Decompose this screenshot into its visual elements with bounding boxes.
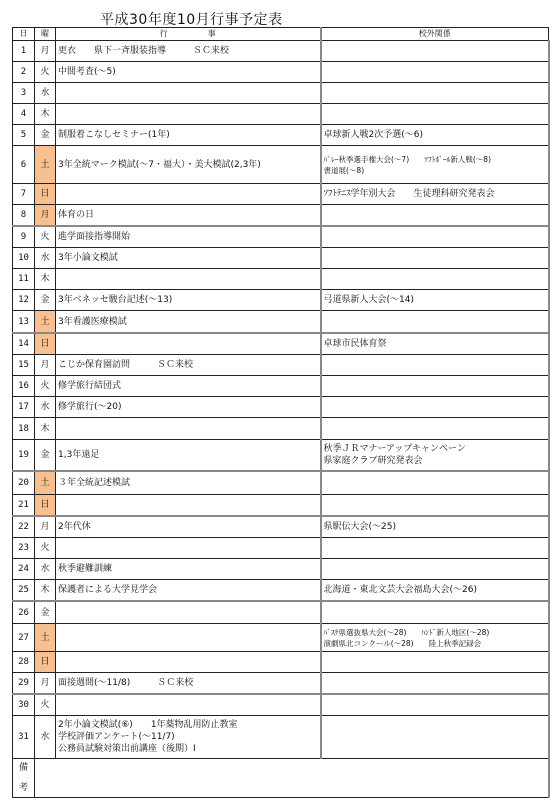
weekday-cell: 月 [35, 41, 56, 62]
day-cell: 28 [13, 652, 35, 673]
table-row: 1月更衣 県下一斉服装指導 ＳＣ来校 [13, 41, 549, 62]
notes-label: 備 考 [13, 759, 35, 798]
events-cell[interactable]: 制服着こなしセミナー(1年) [56, 125, 321, 146]
table-row: 3水 [13, 83, 549, 104]
events-cell[interactable]: 2年小論文模試(⑥) 1年薬物乱用防止教室 学校評価アンケート(～11/7) 公… [56, 716, 321, 759]
external-cell[interactable]: 北海道・東北文芸大会福島大会(～26) [321, 580, 549, 602]
table-row: 25木保護者による大学見学会北海道・東北文芸大会福島大会(～26) [13, 580, 549, 602]
weekday-cell: 火 [35, 694, 56, 716]
table-row: 4木 [13, 104, 549, 125]
day-cell: 12 [13, 290, 35, 311]
external-cell[interactable] [321, 495, 549, 517]
external-cell[interactable]: 秋季ＪＲマナーアップキャンペーン 県家庭クラブ研究発表会 [321, 440, 549, 472]
weekday-cell: 水 [35, 716, 56, 759]
day-cell: 16 [13, 376, 35, 397]
schedule-body: 1月更衣 県下一斉服装指導 ＳＣ来校2火中間考査(～5)3水4木5金制服着こなし… [13, 41, 549, 759]
day-cell: 3 [13, 83, 35, 104]
day-cell: 5 [13, 125, 35, 146]
table-row: 5金制服着こなしセミナー(1年)卓球新人戦2次予選(～6) [13, 125, 549, 146]
table-row: 10水3年小論文模試 [13, 248, 549, 269]
day-cell: 11 [13, 269, 35, 290]
weekday-cell: 土 [35, 146, 56, 184]
external-cell[interactable] [321, 471, 549, 495]
events-cell[interactable] [56, 418, 321, 440]
external-cell[interactable] [321, 83, 549, 104]
weekday-cell: 火 [35, 226, 56, 248]
table-row: 2火中間考査(～5) [13, 62, 549, 83]
day-cell: 19 [13, 440, 35, 472]
external-cell[interactable]: 卓球市民体育祭 [321, 333, 549, 355]
events-cell[interactable] [56, 694, 321, 716]
external-cell[interactable] [321, 205, 549, 227]
weekday-cell: 水 [35, 559, 56, 580]
notes-row: 備 考 [13, 759, 549, 798]
weekday-cell: 金 [35, 601, 56, 624]
external-cell[interactable] [321, 397, 549, 418]
table-row: 11木 [13, 269, 549, 290]
weekday-cell: 木 [35, 104, 56, 125]
external-cell[interactable] [321, 694, 549, 716]
weekday-cell: 土 [35, 311, 56, 334]
table-row: 29月面接週間(～11/8) ＳＣ来校 [13, 673, 549, 695]
events-cell[interactable]: 3年看護医療模試 [56, 311, 321, 334]
weekday-cell: 金 [35, 125, 56, 146]
header-external: 校外関係 [321, 28, 549, 41]
events-cell[interactable]: 更衣 県下一斉服装指導 ＳＣ来校 [56, 41, 321, 62]
external-cell[interactable] [321, 559, 549, 580]
events-cell[interactable]: 3年小論文模試 [56, 248, 321, 269]
events-cell[interactable]: 1,3年遠足 [56, 440, 321, 472]
schedule-table: 日 曜 行 事 校外関係 1月更衣 県下一斉服装指導 ＳＣ来校2火中間考査(～5… [12, 27, 550, 798]
weekday-cell: 月 [35, 516, 56, 538]
day-cell: 10 [13, 248, 35, 269]
table-row: 28日 [13, 652, 549, 673]
table-row: 7日ｿﾌﾄﾃﾆｽ学年別大会 生徒理科研究発表会 [13, 184, 549, 205]
weekday-cell: 日 [35, 184, 56, 205]
external-cell[interactable] [321, 62, 549, 83]
external-cell[interactable] [321, 104, 549, 125]
external-cell[interactable]: 卓球新人戦2次予選(～6) [321, 125, 549, 146]
external-cell[interactable]: ﾊﾞﾚｰ秋季選手権大会(～7) ｿﾌﾄﾎﾞｰﾙ新人戦(～8) 書道展(～8) [321, 146, 549, 184]
weekday-cell: 水 [35, 397, 56, 418]
day-cell: 9 [13, 226, 35, 248]
weekday-cell: 金 [35, 290, 56, 311]
table-row: 17水修学旅行(～20) [13, 397, 549, 418]
day-cell: 21 [13, 495, 35, 517]
events-cell[interactable] [56, 495, 321, 517]
day-cell: 15 [13, 355, 35, 376]
external-cell[interactable] [321, 41, 549, 62]
external-cell[interactable]: ｿﾌﾄﾃﾆｽ学年別大会 生徒理科研究発表会 [321, 184, 549, 205]
day-cell: 7 [13, 184, 35, 205]
weekday-cell: 日 [35, 333, 56, 355]
external-cell[interactable] [321, 418, 549, 440]
table-row: 21日 [13, 495, 549, 517]
events-cell[interactable] [56, 652, 321, 673]
weekday-cell: 月 [35, 673, 56, 695]
events-cell[interactable]: 保護者による大学見学会 [56, 580, 321, 602]
table-row: 31水2年小論文模試(⑥) 1年薬物乱用防止教室 学校評価アンケート(～11/7… [13, 716, 549, 759]
header-events: 行 事 [56, 28, 321, 41]
events-cell[interactable] [56, 184, 321, 205]
events-cell[interactable]: 3年ベネッセ駿台記述(～13) [56, 290, 321, 311]
external-cell[interactable] [321, 269, 549, 290]
events-cell[interactable] [56, 624, 321, 652]
table-row: 14日卓球市民体育祭 [13, 333, 549, 355]
external-cell[interactable] [321, 601, 549, 624]
table-row: 15月こじか保育園訪問 ＳＣ来校 [13, 355, 549, 376]
day-cell: 17 [13, 397, 35, 418]
events-cell[interactable] [56, 83, 321, 104]
weekday-cell: 水 [35, 248, 56, 269]
table-row: 6土3年全統マーク模試(～7・福大）・美大模試(2,3年)ﾊﾞﾚｰ秋季選手権大会… [13, 146, 549, 184]
weekday-cell: 水 [35, 83, 56, 104]
events-cell[interactable]: ３年全統記述模試 [56, 471, 321, 495]
events-cell[interactable]: 2年代休 [56, 516, 321, 538]
events-cell[interactable]: 3年全統マーク模試(～7・福大）・美大模試(2,3年) [56, 146, 321, 184]
day-cell: 1 [13, 41, 35, 62]
external-cell[interactable] [321, 355, 549, 376]
day-cell: 13 [13, 311, 35, 334]
events-cell[interactable]: 修学旅行(～20) [56, 397, 321, 418]
external-cell[interactable] [321, 716, 549, 759]
external-cell[interactable]: 弓道県新人大会(～14) [321, 290, 549, 311]
table-row: 8月体育の日 [13, 205, 549, 227]
table-row: 13土3年看護医療模試 [13, 311, 549, 334]
day-cell: 6 [13, 146, 35, 184]
weekday-cell: 月 [35, 355, 56, 376]
day-cell: 27 [13, 624, 35, 652]
day-cell: 22 [13, 516, 35, 538]
events-cell[interactable]: 秋季避難訓練 [56, 559, 321, 580]
weekday-cell: 月 [35, 205, 56, 227]
table-row: 30火 [13, 694, 549, 716]
day-cell: 25 [13, 580, 35, 602]
day-cell: 23 [13, 538, 35, 559]
table-row: 20土３年全統記述模試 [13, 471, 549, 495]
table-row: 26金 [13, 601, 549, 624]
day-cell: 30 [13, 694, 35, 716]
weekday-cell: 木 [35, 269, 56, 290]
events-cell[interactable]: 進学面接指導開始 [56, 226, 321, 248]
notes-label-top: 備 [13, 762, 34, 774]
day-cell: 29 [13, 673, 35, 695]
day-cell: 8 [13, 205, 35, 227]
events-cell[interactable]: 体育の日 [56, 205, 321, 227]
events-cell[interactable] [56, 538, 321, 559]
events-cell[interactable]: こじか保育園訪問 ＳＣ来校 [56, 355, 321, 376]
external-cell[interactable]: ﾊﾞｽｹ県選抜県大会(～28) ﾊﾝﾄﾞ新人地区(～28) 演劇県北コンクール(… [321, 624, 549, 652]
events-cell[interactable] [56, 601, 321, 624]
weekday-cell: 土 [35, 471, 56, 495]
events-cell[interactable]: 面接週間(～11/8) ＳＣ来校 [56, 673, 321, 695]
weekday-cell: 金 [35, 440, 56, 472]
weekday-cell: 日 [35, 652, 56, 673]
external-cell[interactable] [321, 538, 549, 559]
day-cell: 14 [13, 333, 35, 355]
table-row: 18木 [13, 418, 549, 440]
events-cell[interactable] [56, 104, 321, 125]
external-cell[interactable]: 県駅伝大会(～25) [321, 516, 549, 538]
header-weekday: 曜 [35, 28, 56, 41]
header-day: 日 [13, 28, 35, 41]
day-cell: 18 [13, 418, 35, 440]
table-row: 16火修学旅行結団式 [13, 376, 549, 397]
day-cell: 24 [13, 559, 35, 580]
day-cell: 31 [13, 716, 35, 759]
weekday-cell: 火 [35, 62, 56, 83]
table-row: 24水秋季避難訓練 [13, 559, 549, 580]
table-row: 22月2年代休県駅伝大会(～25) [13, 516, 549, 538]
table-row: 19金1,3年遠足秋季ＪＲマナーアップキャンペーン 県家庭クラブ研究発表会 [13, 440, 549, 472]
table-row: 9火進学面接指導開始 [13, 226, 549, 248]
external-cell[interactable] [321, 248, 549, 269]
weekday-cell: 土 [35, 624, 56, 652]
day-cell: 2 [13, 62, 35, 83]
external-cell[interactable] [321, 673, 549, 695]
events-cell[interactable] [56, 269, 321, 290]
weekday-cell: 火 [35, 376, 56, 397]
events-cell[interactable]: 中間考査(～5) [56, 62, 321, 83]
table-row: 12金3年ベネッセ駿台記述(～13)弓道県新人大会(～14) [13, 290, 549, 311]
external-cell[interactable] [321, 376, 549, 397]
header-row: 日 曜 行 事 校外関係 [13, 28, 549, 41]
weekday-cell: 木 [35, 418, 56, 440]
table-row: 23火 [13, 538, 549, 559]
day-cell: 26 [13, 601, 35, 624]
weekday-cell: 日 [35, 495, 56, 517]
external-cell[interactable] [321, 652, 549, 673]
weekday-cell: 木 [35, 580, 56, 602]
external-cell[interactable] [321, 311, 549, 334]
events-cell[interactable] [56, 333, 321, 355]
page-title: 平成30年度10月行事予定表 [100, 9, 283, 29]
table-row: 27土ﾊﾞｽｹ県選抜県大会(～28) ﾊﾝﾄﾞ新人地区(～28) 演劇県北コンク… [13, 624, 549, 652]
external-cell[interactable] [321, 226, 549, 248]
day-cell: 4 [13, 104, 35, 125]
day-cell: 20 [13, 471, 35, 495]
notes-label-bottom: 考 [13, 782, 34, 794]
notes-content[interactable] [35, 759, 549, 798]
weekday-cell: 火 [35, 538, 56, 559]
events-cell[interactable]: 修学旅行結団式 [56, 376, 321, 397]
